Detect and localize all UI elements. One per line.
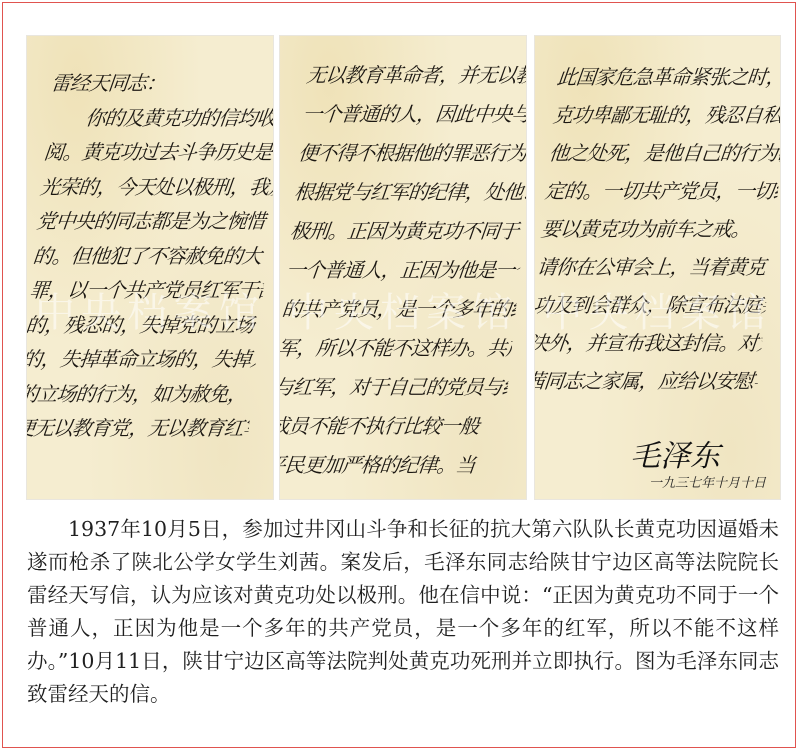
handwriting-line: 无以教育革命者，并无以教育做	[304, 56, 526, 95]
handwriting-line: 成员不能不执行比较一般	[280, 407, 506, 446]
handwriting-line: 的立场的行为，如为赦免，	[27, 377, 254, 412]
handwriting-line: 的共产党员，是一个多年的红	[280, 290, 518, 329]
handwriting-line: 便无以教育党，无以教育红军，	[27, 411, 251, 446]
handwriting-line: 的。但他犯了不容赦免的大	[31, 239, 269, 274]
handwriting-line: 根据党与红军的纪律，处他以	[292, 173, 526, 212]
letter-page-1: 雷经天同志： 你的及黄克功的信均收 阅。黄克功过去斗争历史是 光荣的，今天处以极…	[27, 36, 273, 499]
handwriting-page-3: 此国家危急革命紧张之时，黄 克功卑鄙无耻的，残忍自私至如此程度， 他之处死，是他…	[535, 58, 780, 400]
handwriting-line: 定的。一切共产党员，一切红军指战员，一切革命分子，都	[543, 172, 780, 210]
handwriting-line: 克功卑鄙无耻的，残忍自私至如此程度，	[551, 96, 780, 134]
handwriting-page-1: 雷经天同志： 你的及黄克功的信均收 阅。黄克功过去斗争历史是 光荣的，今天处以极…	[27, 66, 273, 446]
letter-page-3: 此国家危急革命紧张之时，黄 克功卑鄙无耻的，残忍自私至如此程度， 他之处死，是他…	[535, 36, 780, 499]
handwriting-line: 一个普通人，正因为他是一个多年	[284, 251, 522, 290]
handwriting-line: 此国家危急革命紧张之时，黄	[555, 58, 780, 96]
letter-date: 一九三七年十月十日	[649, 472, 766, 491]
handwriting-line: 便不得不根据他的罪恶行为，	[296, 134, 526, 173]
handwriting-line: 极刑。正因为黄克功不同于	[288, 212, 526, 251]
handwriting-line: 你的及黄克功的信均收	[46, 101, 273, 136]
handwriting-line: 一个普通的人，因此中央与军委	[300, 95, 526, 134]
handwriting-line: 光荣的，今天处以极刑，我及	[38, 170, 273, 205]
signature: 毛泽东	[630, 431, 720, 475]
page-frame: 雷经天同志： 你的及黄克功的信均收 阅。黄克功过去斗争历史是 光荣的，今天处以极…	[2, 2, 796, 748]
caption-paragraph: 1937年10月5日，参加过井冈山斗争和长征的抗大第六队队长黄克功因逼婚未遂而枪…	[27, 513, 779, 711]
handwriting-line: 军，所以不能不这样办。共产党	[280, 329, 514, 368]
handwriting-line: 请你在公审会上，当着黄克	[535, 248, 772, 286]
handwriting-line: 功及到会群众，除宣布法庭判	[535, 286, 768, 324]
handwriting-line: 平民更加严格的纪律。当	[280, 446, 502, 485]
handwriting-line: 党中央的同志都是为之惋惜	[35, 204, 273, 239]
handwriting-line: 的，失掉革命立场的，失掉人	[27, 342, 258, 377]
handwriting-line: 要以黄克功为前车之戒。	[539, 210, 776, 248]
handwriting-line: 罪，以一个共产党员红军干部	[28, 273, 266, 308]
handwriting-line: 雷经天同志：	[49, 66, 273, 101]
handwriting-line: 决外，并宣布我这封信。对刘	[535, 324, 764, 362]
caption: 1937年10月5日，参加过井冈山斗争和长征的抗大第六队队长黄克功因逼婚未遂而枪…	[27, 513, 779, 711]
handwriting-line: 与红军，对于自己的党员与红军	[280, 368, 510, 407]
handwriting-line: 他之处死，是他自己的行为决	[547, 134, 780, 172]
handwriting-line: 阅。黄克功过去斗争历史是	[42, 135, 273, 170]
handwriting-line: 的，残忍的，失掉党的立场	[27, 308, 262, 343]
letter-page-2: 无以教育革命者，并无以教育做 一个普通的人，因此中央与军委 便不得不根据他的罪恶…	[280, 36, 526, 499]
handwriting-page-2: 无以教育革命者，并无以教育做 一个普通的人，因此中央与军委 便不得不根据他的罪恶…	[280, 56, 526, 485]
handwriting-line: 茜同志之家属，应给以安慰与抚恤。	[535, 362, 760, 400]
